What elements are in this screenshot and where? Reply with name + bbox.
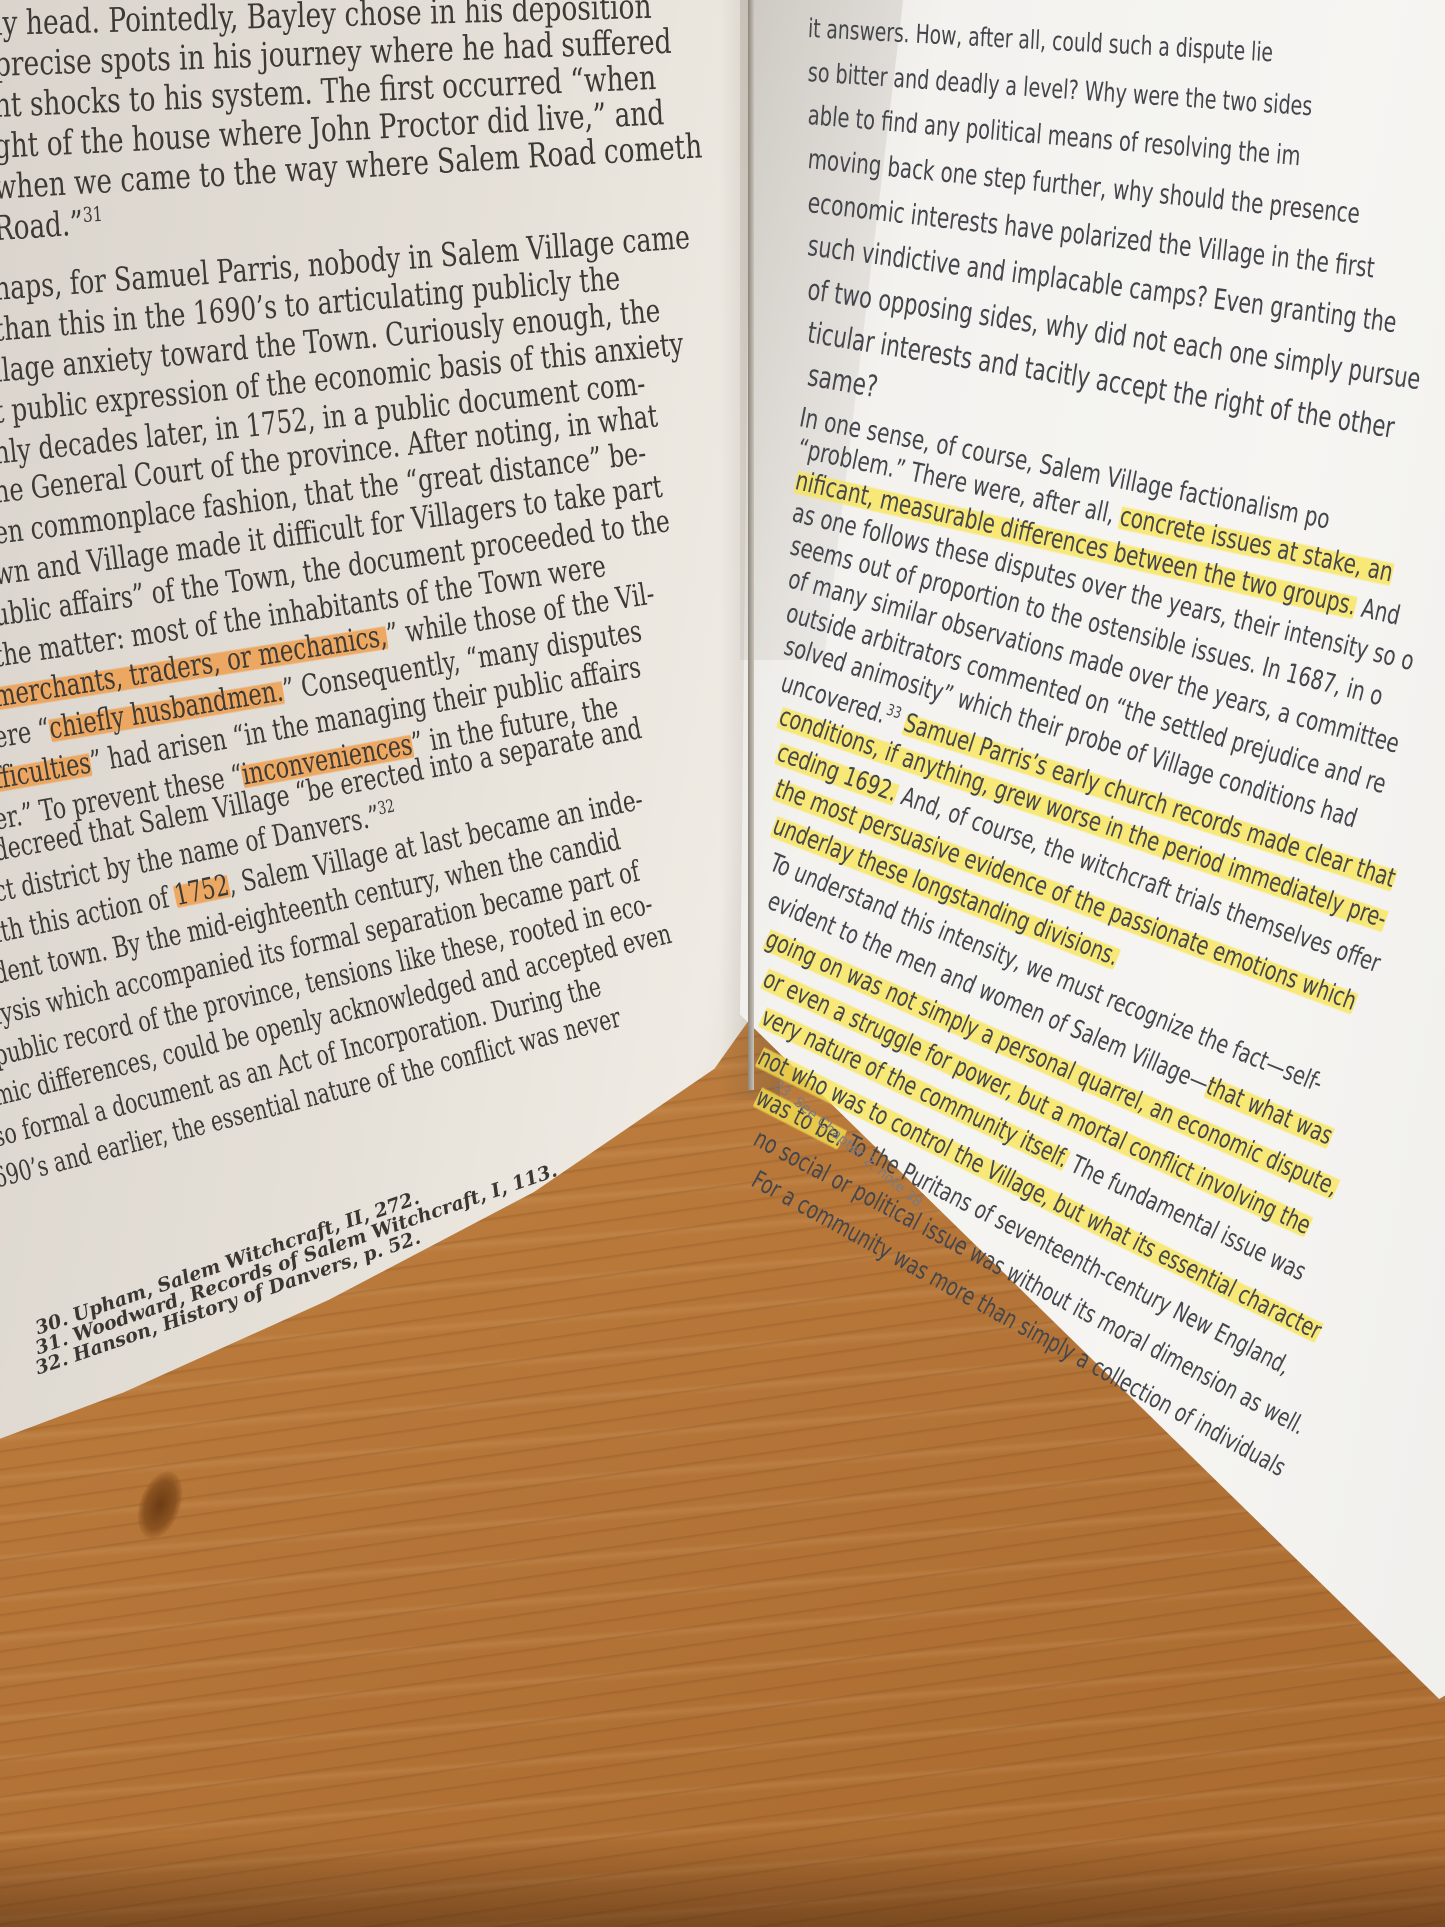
book-spine — [748, 0, 754, 1090]
table-shadow — [0, 1837, 1445, 1927]
